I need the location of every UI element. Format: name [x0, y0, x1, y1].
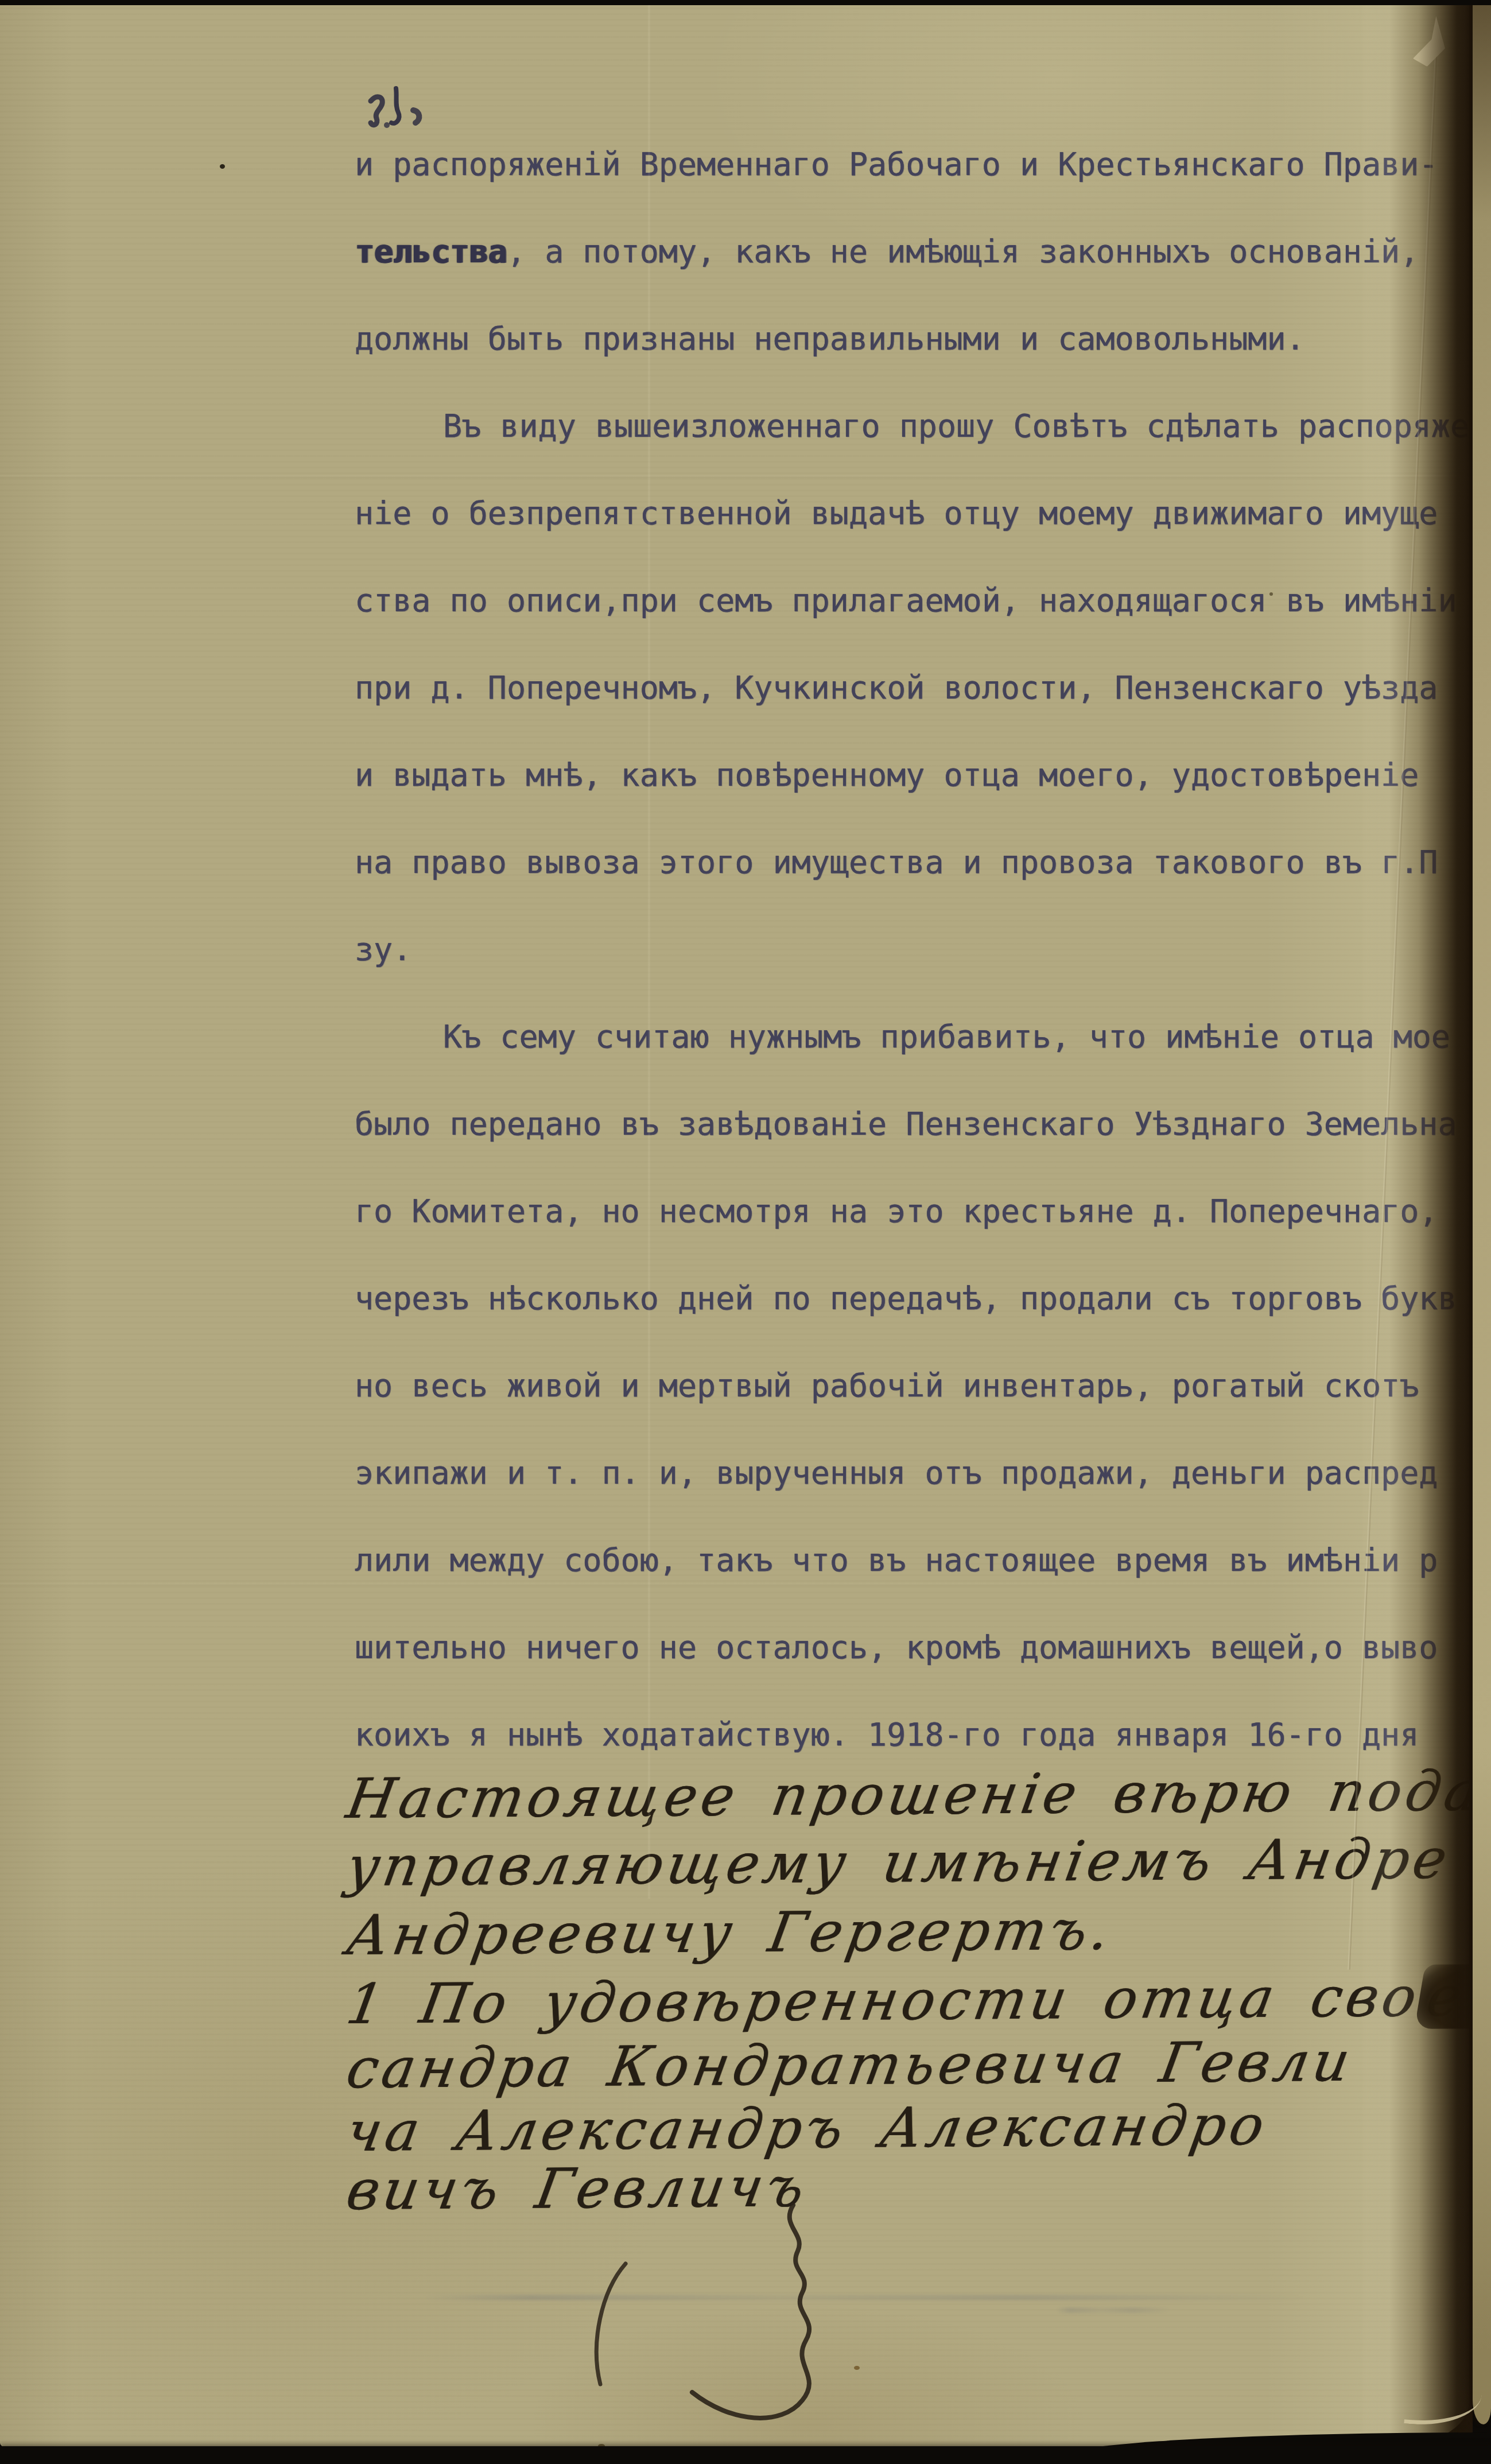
horizontal-crease [0, 1583, 1458, 1586]
photo-frame-bottom [0, 2446, 1491, 2464]
paper-speck [220, 164, 225, 169]
adjacent-page-edge [1473, 3, 1491, 2424]
paper-speck [854, 2366, 860, 2370]
binding-shadow [1360, 0, 1473, 2464]
scanned-document-photo: и распоряженій Временнаго Рабочаго и Кре… [0, 0, 1491, 2464]
photo-frame-top [0, 0, 1491, 5]
vertical-fold-line [647, 5, 651, 1899]
paper-speck [1269, 592, 1273, 596]
horizontal-crease [0, 475, 1458, 478]
signature-flourish [0, 0, 1491, 2464]
